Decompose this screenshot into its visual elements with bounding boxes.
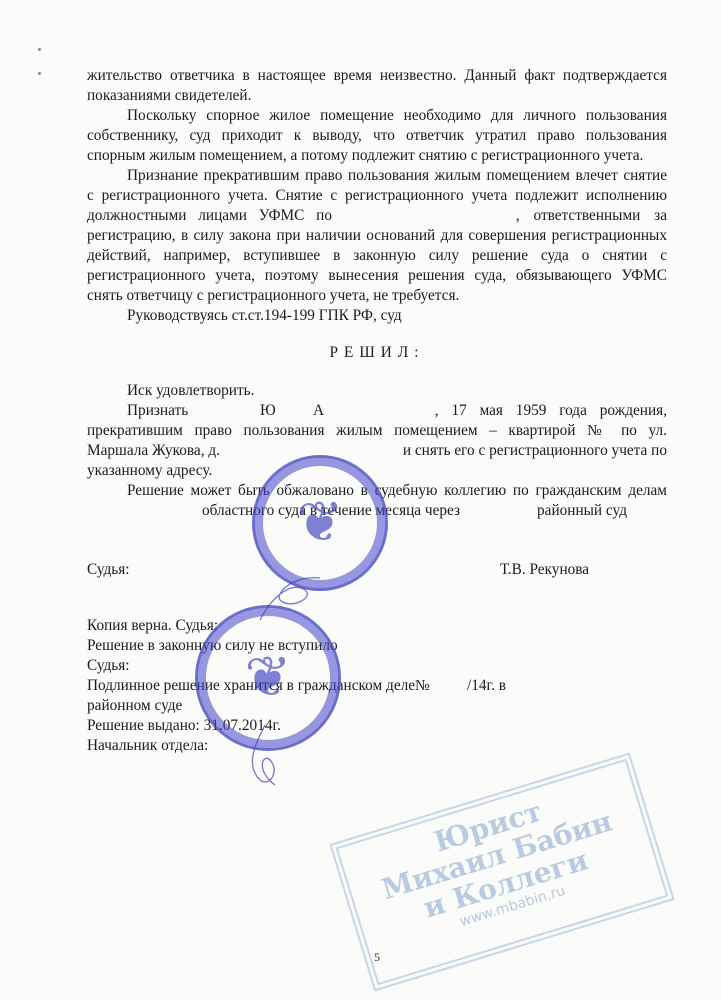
lawyer-watermark: Юрист Михаил Бабин и Коллеги www.mbabin.… <box>336 759 669 986</box>
redacted-initial: А <box>313 401 324 421</box>
text-line: жительство ответчика в настоящее время н… <box>87 66 667 86</box>
text-line: Подлинное решение хранится в гражданском… <box>87 676 667 696</box>
redacted-initial: Ю <box>260 401 276 421</box>
text-fragment: районный суд <box>537 501 627 521</box>
text-line: прекратившим право пользования жилым пом… <box>87 421 667 441</box>
text-line: снять ответчицу с регистрационного учета… <box>87 286 667 306</box>
text-fragment: Маршала Жукова, д. <box>87 442 220 459</box>
text-line: Копия верна. Судья: <box>87 616 667 636</box>
coat-of-arms-icon: ❦ <box>245 650 292 706</box>
text-line: Руководствуясь ст.ст.194-199 ГПК РФ, суд <box>127 306 667 326</box>
text-line: должностными лицами УФМС по , ответствен… <box>87 206 667 226</box>
text-fragment: , ответственными за <box>516 206 667 226</box>
text-line: регистрационного учета, поэтому вынесени… <box>87 266 667 286</box>
text-line: показаниями свидетелей. <box>87 86 667 106</box>
text-line: Судья: <box>87 656 667 676</box>
scan-speck <box>38 48 41 51</box>
text-line: Решение выдано: 31.07.2014г. <box>87 716 667 736</box>
text-line: Маршала Жукова, д. и снять его с регистр… <box>87 441 667 461</box>
text-line: Признать Ю А , 17 мая 1959 года рождения… <box>127 401 667 421</box>
text-line: Признание прекратившим право пользования… <box>127 166 667 186</box>
coat-of-arms-icon: ❦ <box>297 495 344 551</box>
page-number: 5 <box>374 950 380 965</box>
text-line: спорным жилым помещением, а потому подле… <box>87 146 667 166</box>
text-fragment: должностными лицами УФМС по <box>87 207 332 224</box>
scan-speck <box>38 72 41 75</box>
text-line: Поскольку спорное жилое помещение необхо… <box>127 106 667 126</box>
text-fragment: и снять его с регистрационного учета по <box>403 441 667 461</box>
text-line: Решение в законную силу не вступило <box>87 636 667 656</box>
signature-scribble <box>250 570 330 630</box>
text-fragment: , 17 мая 1959 года рождения, <box>435 401 667 421</box>
text-line: Судья: Т.В. Рекунова <box>87 560 667 580</box>
text-line: указанному адресу. <box>87 461 667 481</box>
decision-heading: РЕШИЛ: <box>87 343 667 363</box>
text-line: с регистрационного учета. Снятие с регис… <box>87 186 667 206</box>
judge-name: Т.В. Рекунова <box>500 560 589 580</box>
document-page: жительство ответчика в настоящее время н… <box>0 0 721 1000</box>
text-line: Решение может быть обжаловано в судебную… <box>127 481 667 501</box>
judge-label: Судья: <box>87 561 130 578</box>
text-line: регистрацию, в силу закона при наличии о… <box>87 226 667 246</box>
text-line: действий, например, вступившее в законну… <box>87 246 667 266</box>
text-line: Иск удовлетворить. <box>127 381 667 401</box>
signature-scribble <box>235 720 305 790</box>
text-fragment: /14г. в <box>467 676 506 696</box>
text-line: Начальник отдела: <box>87 736 667 756</box>
text-fragment: Признать <box>127 402 188 419</box>
text-line: районном суде <box>87 696 667 716</box>
text-line: собственнику, суд приходит к выводу, что… <box>87 126 667 146</box>
